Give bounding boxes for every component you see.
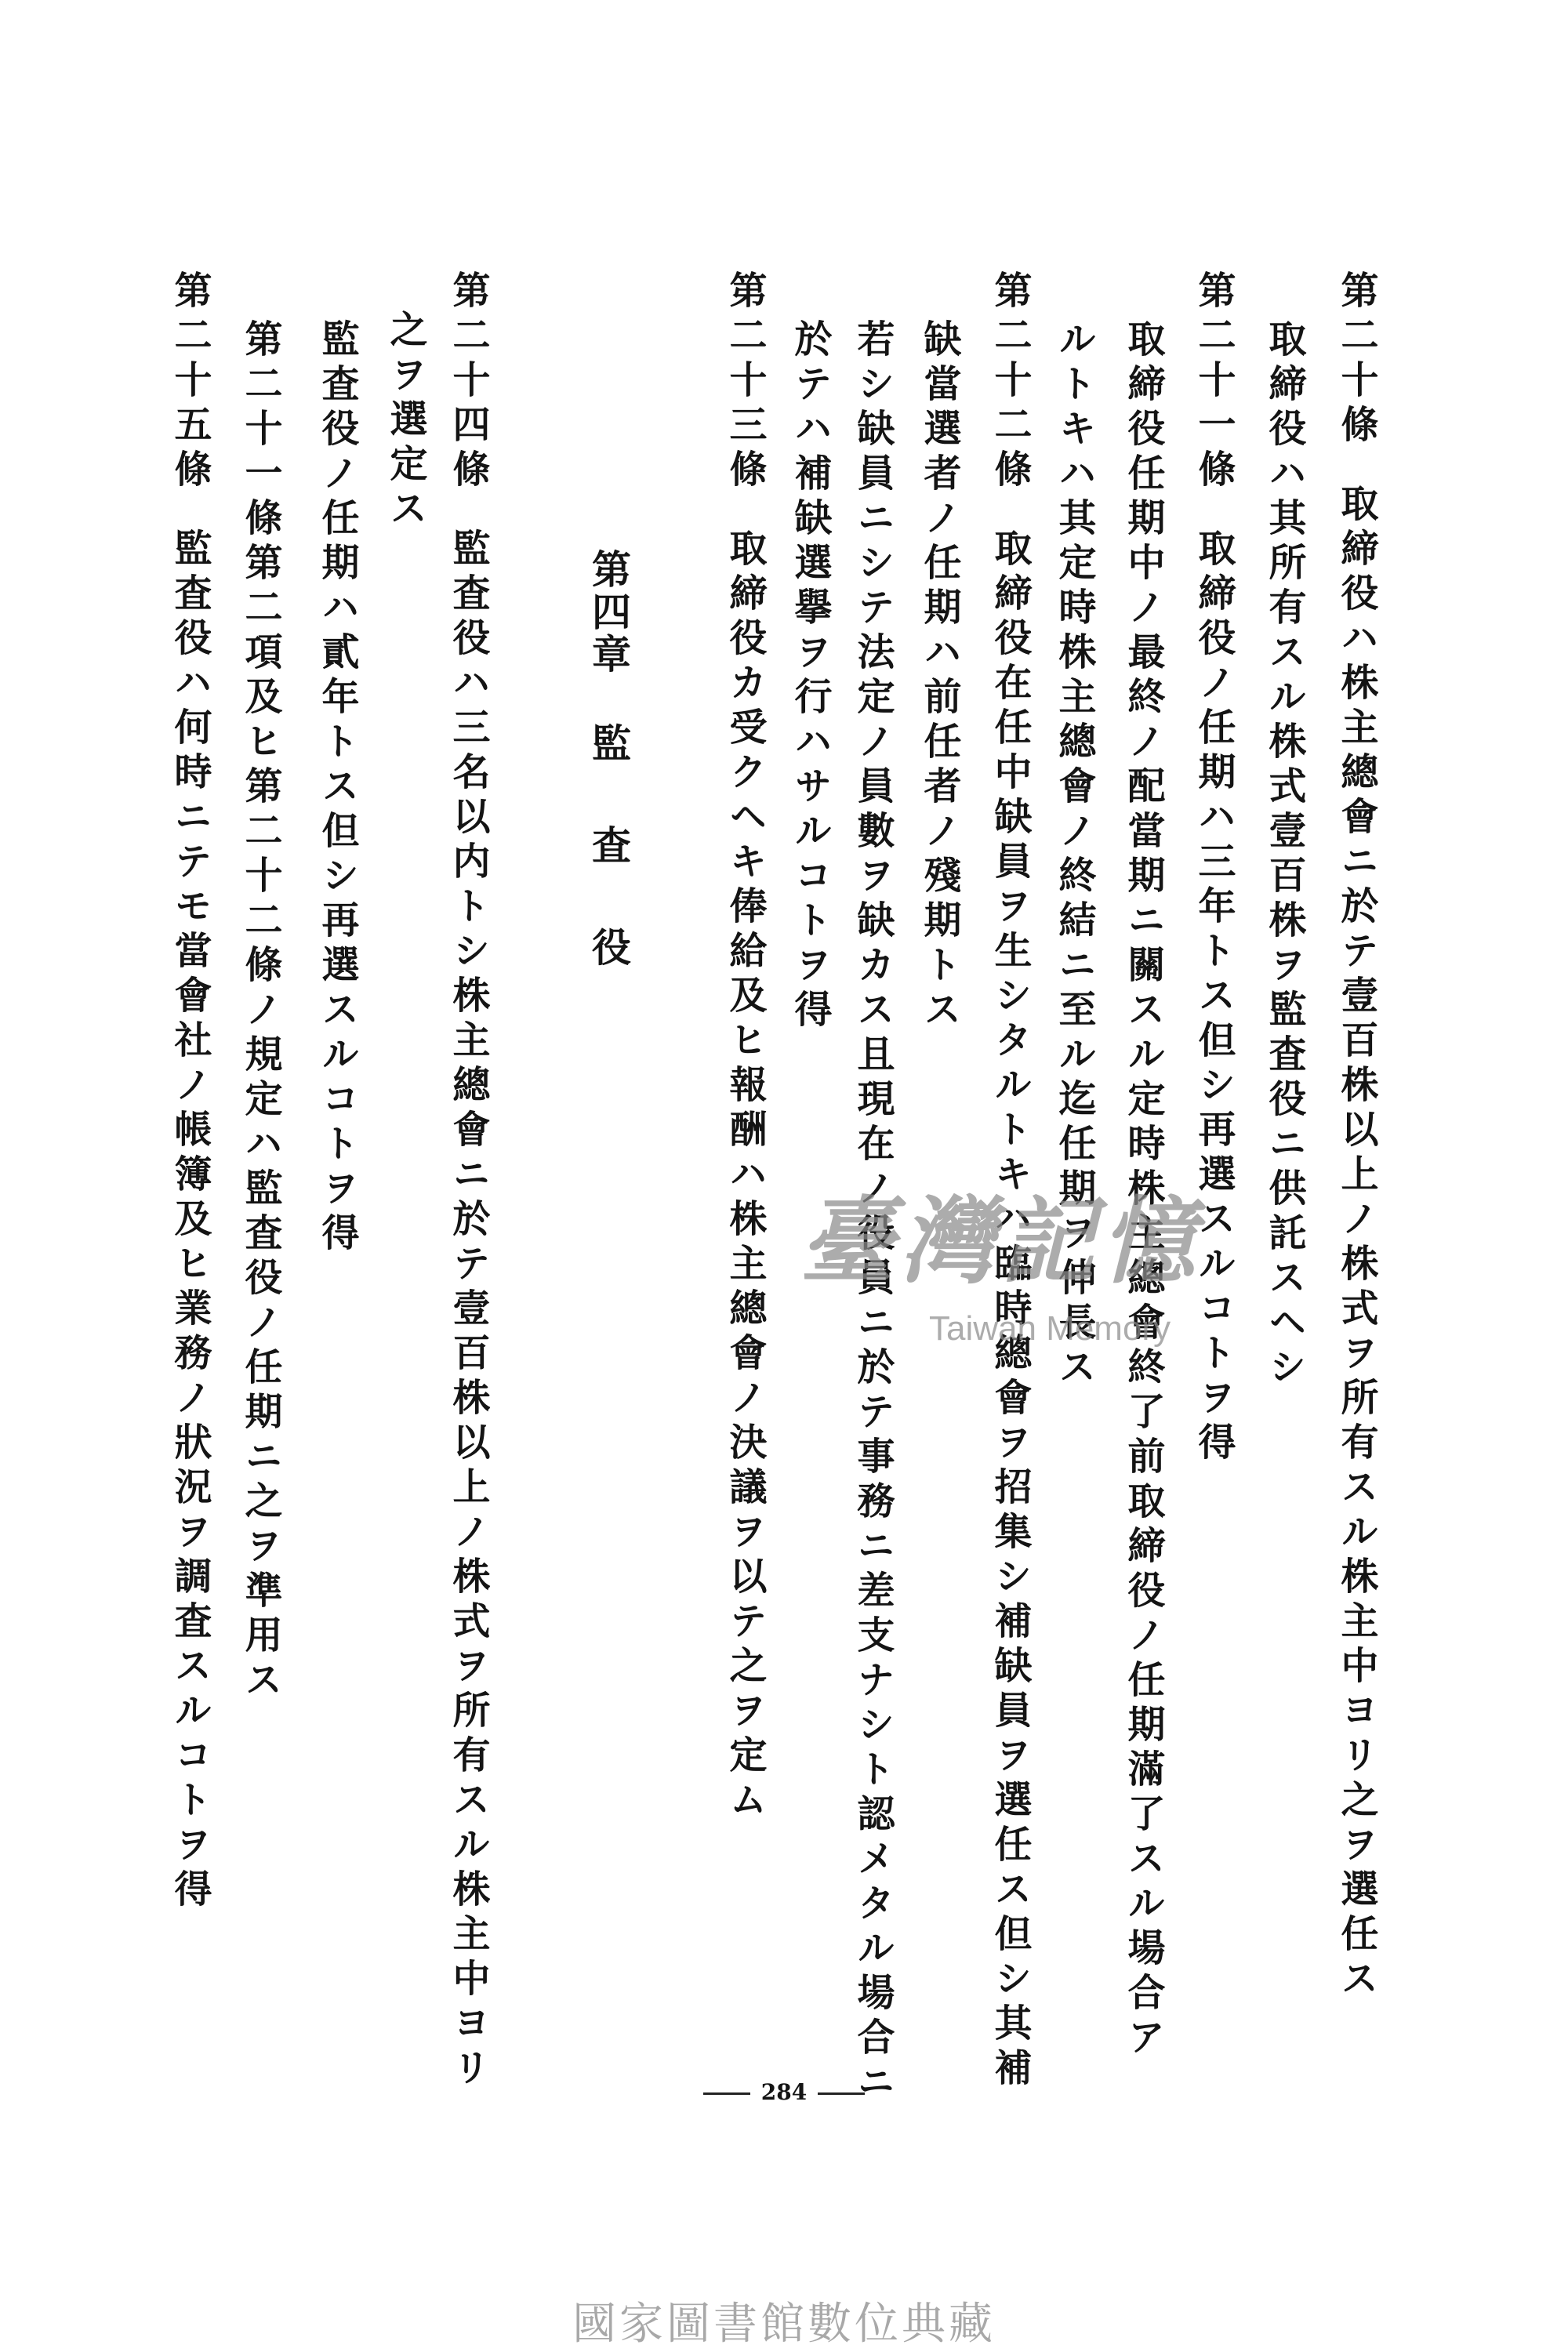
article-text: ルトキハ其定時株主總會ノ終結ニ至ル迄任期ヲ伸長ス <box>1052 319 1096 1392</box>
article-text: 監査役ハ三名以内トシ株主總會ニ於テ壹百株以上ノ株式ヲ所有スル株主中ヨリ <box>446 528 490 2092</box>
article-text: 取締役在任中缺員ヲ生シタルトキハ臨時總會ヲ招集シ補缺員ヲ選任ス但シ其補 <box>988 528 1032 2092</box>
article-number: 第二十一條 <box>1192 270 1236 494</box>
chapter-number: 第四章 <box>586 549 632 676</box>
document-page: 第二十條取締役ハ株主總會ニ於テ壹百株以上ノ株式ヲ所有スル株主中ヨリ之ヲ選任ス 取… <box>0 0 1568 2352</box>
page-number-value: 284 <box>761 2079 807 2105</box>
article-text: 第二十一條第二項及ヒ第二十二條ノ規定ハ監査役ノ任期ニ之ヲ準用ス <box>238 319 282 1704</box>
article-number: 第二十條 <box>1334 270 1378 449</box>
article-24-paragraph-2: 監査役ノ任期ハ貳年トス但シ再選スルコトヲ得 <box>314 319 361 1258</box>
article-24: 第二十四條監査役ハ三名以内トシ株主總會ニ於テ壹百株以上ノ株式ヲ所有スル株主中ヨリ <box>445 270 492 2092</box>
article-text: 取締役任期中ノ最終ノ配當期ニ關スル定時株主總會終了前取締役ノ任期滿了スル場合ア <box>1121 319 1165 2062</box>
article-number: 第二十四條 <box>446 270 490 494</box>
article-22-paragraph-2-cont: 於テハ補缺選擧ヲ行ハサルコトヲ得 <box>786 319 833 1034</box>
article-22: 第二十二條取締役在任中缺員ヲ生シタルトキハ臨時總會ヲ招集シ補缺員ヲ選任ス但シ其補 <box>986 270 1033 2092</box>
page-number: 284 <box>0 2079 1568 2105</box>
article-text: 取締役ハ其所有スル株式壹百株ヲ監査役ニ供託スヘシ <box>1262 319 1306 1392</box>
page-number-dash-right <box>818 2092 865 2095</box>
article-text: 取締役ノ任期ハ三年トス但シ再選スルコトヲ得 <box>1192 528 1236 1467</box>
article-24-paragraph-3: 第二十一條第二項及ヒ第二十二條ノ規定ハ監査役ノ任期ニ之ヲ準用ス <box>237 319 284 1704</box>
article-number: 第二十三條 <box>723 270 767 494</box>
article-22-cont: 缺當選者ノ任期ハ前任者ノ殘期トス <box>916 319 963 1034</box>
article-text: 取締役ハ株主總會ニ於テ壹百株以上ノ株式ヲ所有スル株主中ヨリ之ヲ選任ス <box>1334 484 1378 2003</box>
article-22-paragraph-2: 若シ缺員ニシテ法定ノ員數ヲ缺カス且現在ノ役員ニ於テ事務ニ差支ナシト認メタル場合ニ <box>849 319 896 2107</box>
article-text: 若シ缺員ニシテ法定ノ員數ヲ缺カス且現在ノ役員ニ於テ事務ニ差支ナシト認メタル場合ニ <box>851 319 895 2107</box>
article-text: 於テハ補缺選擧ヲ行ハサルコトヲ得 <box>788 319 832 1034</box>
article-text: 之ヲ選定ス <box>383 310 427 533</box>
article-number: 第二十二條 <box>988 270 1032 494</box>
article-20-paragraph-2: 取締役ハ其所有スル株式壹百株ヲ監査役ニ供託スヘシ <box>1261 319 1308 1392</box>
footer-credit: 國家圖書館數位典藏 <box>0 2289 1568 2352</box>
article-text: 監査役ハ何時ニテモ當會社ノ帳簿及ヒ業務ノ狀況ヲ調査スルコトヲ得 <box>168 528 212 1914</box>
article-21-paragraph-2: 取締役任期中ノ最終ノ配當期ニ關スル定時株主總會終了前取締役ノ任期滿了スル場合ア <box>1120 319 1167 2062</box>
article-text: 監査役ノ任期ハ貳年トス但シ再選スルコトヲ得 <box>315 319 359 1258</box>
article-text: 取締役カ受クヘキ俸給及ヒ報酬ハ株主總會ノ決議ヲ以テ之ヲ定ム <box>723 528 767 1824</box>
chapter-title: 監査役 <box>586 723 632 1029</box>
article-text: 缺當選者ノ任期ハ前任者ノ殘期トス <box>917 319 961 1034</box>
chapter-heading: 第四章監査役 <box>580 549 637 1029</box>
article-25: 第二十五條監査役ハ何時ニテモ當會社ノ帳簿及ヒ業務ノ狀況ヲ調査スルコトヲ得 <box>166 270 213 1914</box>
article-21-paragraph-2-cont: ルトキハ其定時株主總會ノ終結ニ至ル迄任期ヲ伸長ス <box>1051 319 1098 1392</box>
article-24-cont: 之ヲ選定ス <box>382 310 429 533</box>
article-20: 第二十條取締役ハ株主總會ニ於テ壹百株以上ノ株式ヲ所有スル株主中ヨリ之ヲ選任ス <box>1333 270 1380 2003</box>
article-21: 第二十一條取締役ノ任期ハ三年トス但シ再選スルコトヲ得 <box>1190 270 1237 1467</box>
page-number-dash-left <box>703 2092 750 2095</box>
article-23: 第二十三條取締役カ受クヘキ俸給及ヒ報酬ハ株主總會ノ決議ヲ以テ之ヲ定ム <box>721 270 768 1824</box>
article-number: 第二十五條 <box>168 270 212 494</box>
